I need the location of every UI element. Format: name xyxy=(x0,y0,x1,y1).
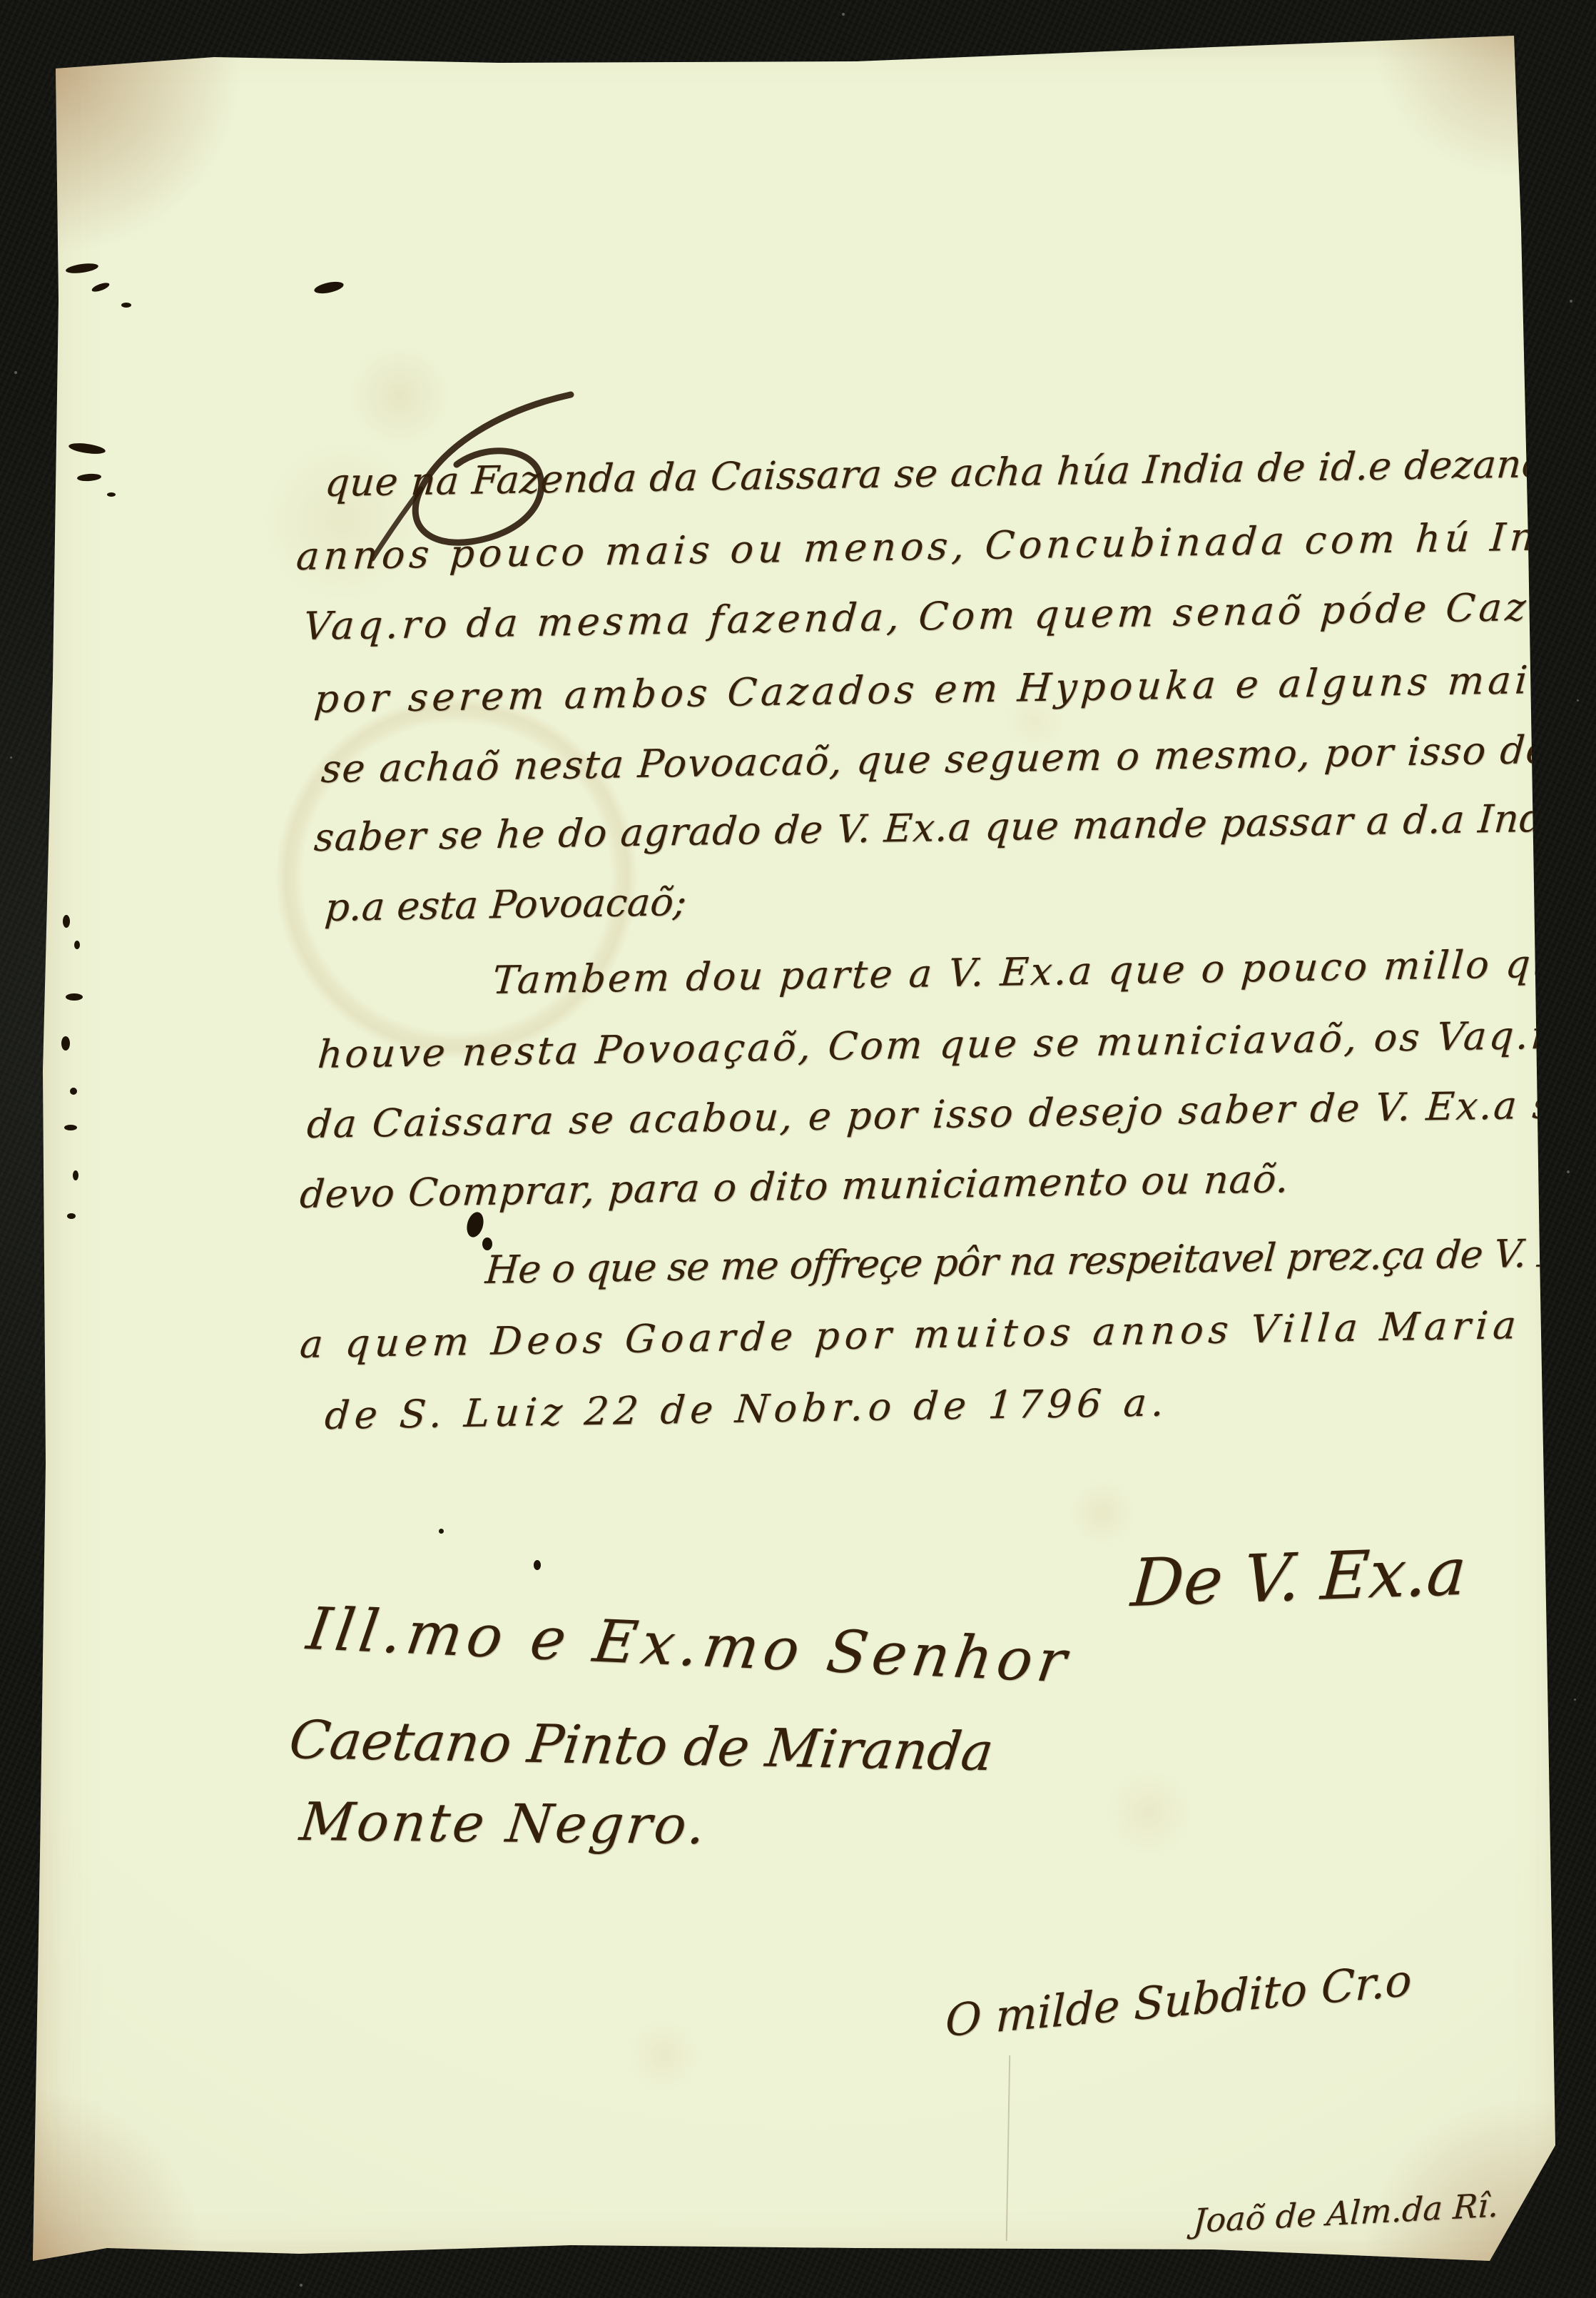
manuscript-line: devo Comprar, para o dito municiamento o… xyxy=(298,1156,1291,1217)
closing-formula: O milde Subdito Cr.o xyxy=(945,1954,1412,2048)
dust-speck xyxy=(1574,1699,1576,1701)
photo-of-manuscript: { "colors": { "background": "#141511", "… xyxy=(0,0,1596,2298)
manuscript-line: He o que se me offreçe pôr na respeitave… xyxy=(484,1230,1596,1292)
dust-speck xyxy=(842,13,845,16)
manuscript-line: a quem Deos Goarde por muitos annos Vill… xyxy=(298,1302,1523,1367)
manuscript-line: annos pouco mais ou menos, Concubinada c… xyxy=(295,513,1596,579)
address-line-honorific: Ill.mo e Ex.mo Senhor xyxy=(303,1595,1075,1696)
dust-speck xyxy=(1577,699,1579,702)
manuscript-line: se achaõ nesta Povoacaõ, que seguem o me… xyxy=(320,726,1596,791)
dust-speck xyxy=(14,371,17,374)
manuscript-line: Vaq.ro da mesma fazenda, Com quem senaõ … xyxy=(302,584,1580,649)
dust-speck xyxy=(1567,1170,1570,1173)
valediction: De V. Ex.a xyxy=(1129,1533,1469,1621)
address-line-name: Caetano Pinto de Miranda xyxy=(286,1709,997,1783)
dust-speck xyxy=(1570,300,1572,303)
manuscript-line: saber se he do agrado de V. Ex.a que man… xyxy=(312,795,1583,860)
manuscript-line: da Caissara se acabou, e por isso desejo… xyxy=(305,1082,1580,1147)
manuscript-line: por serem ambos Cazados em Hypouka e alg… xyxy=(312,655,1596,722)
manuscript-line: que na Fazenda da Caissara se acha húa I… xyxy=(323,440,1592,505)
manuscript-line: Tambem dou parte a V. Ex.a que o pouco m… xyxy=(491,941,1585,1003)
address-line-surname: Monte Negro. xyxy=(297,1791,711,1856)
manuscript-line: p.a esta Povoacaõ; xyxy=(323,879,688,930)
manuscript-line: houve nesta Povoaçaõ, Com que se municia… xyxy=(316,1012,1596,1077)
dust-speck xyxy=(10,756,12,759)
manuscript-page: que na Fazenda da Caissara se acha húa I… xyxy=(0,0,1596,2298)
letter-text: que na Fazenda da Caissara se acha húa I… xyxy=(0,0,1596,2298)
dust-speck xyxy=(300,2284,303,2287)
manuscript-line: de S. Luiz 22 de Nobr.o de 1796 a. xyxy=(323,1380,1170,1438)
signature: Joaõ de Alm.da Rî. xyxy=(1192,2185,1500,2240)
